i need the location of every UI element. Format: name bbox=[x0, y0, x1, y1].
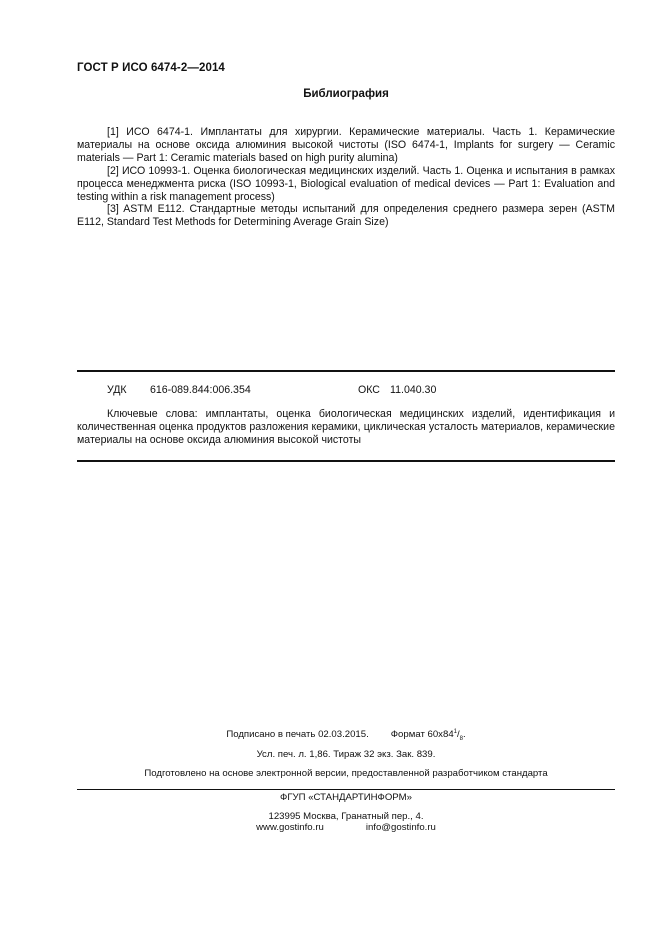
print-info: Усл. печ. л. 1,86. Тираж 32 экз. Зак. 83… bbox=[77, 749, 615, 760]
bibliography-list: [1] ИСО 6474-1. Имплантаты для хирургии.… bbox=[77, 126, 615, 229]
divider-bottom bbox=[77, 460, 615, 462]
udk-value: 616-089.844:006.354 bbox=[150, 384, 251, 396]
bibliography-title: Библиография bbox=[0, 88, 661, 100]
signed-date: Подписано в печать 02.03.2015. bbox=[226, 729, 368, 740]
oks-value: 11.040.30 bbox=[390, 384, 436, 396]
entry-number: [3] bbox=[107, 203, 119, 215]
publisher-contacts: www.gostinfo.ruinfo@gostinfo.ru bbox=[77, 822, 615, 833]
imprint-signed-line: Подписано в печать 02.03.2015.Формат 60x… bbox=[77, 729, 615, 742]
document-code: ГОСТ Р ИСО 6474-2—2014 bbox=[77, 62, 225, 74]
oks-label: ОКС bbox=[358, 384, 380, 396]
format-end: . bbox=[463, 729, 466, 740]
divider-imprint bbox=[77, 789, 615, 790]
format-label: Формат 60x84 bbox=[391, 729, 454, 740]
entry-text: ИСО 6474-1. Имплантаты для хирургии. Кер… bbox=[77, 126, 615, 164]
website-link[interactable]: www.gostinfo.ru bbox=[256, 822, 324, 833]
keywords-block: Ключевые слова: имплантаты, оценка биоло… bbox=[77, 408, 615, 447]
entry-text: ASTM E112. Стандартные методы испытаний … bbox=[77, 203, 615, 228]
bibliography-entry: [3] ASTM E112. Стандартные методы испыта… bbox=[77, 203, 615, 229]
bibliography-entry: [1] ИСО 6474-1. Имплантаты для хирургии.… bbox=[77, 126, 615, 165]
udk-label: УДК bbox=[107, 384, 127, 396]
publisher-address: 123995 Москва, Гранатный пер., 4. bbox=[77, 811, 615, 822]
bibliography-entry: [2] ИСО 10993-1. Оценка биологическая ме… bbox=[77, 165, 615, 204]
email-link[interactable]: info@gostinfo.ru bbox=[366, 822, 436, 833]
prepared-note: Подготовлено на основе электронной верси… bbox=[77, 768, 615, 779]
format-numerator: 1 bbox=[454, 729, 457, 735]
keywords-label: Ключевые слова: bbox=[107, 408, 198, 420]
entry-text: ИСО 10993-1. Оценка биологическая медици… bbox=[77, 165, 615, 203]
publisher-name: ФГУП «СТАНДАРТИНФОРМ» bbox=[77, 792, 615, 803]
divider-top bbox=[77, 370, 615, 372]
keywords-paragraph: Ключевые слова: имплантаты, оценка биоло… bbox=[77, 408, 615, 447]
entry-number: [2] bbox=[107, 165, 119, 177]
entry-number: [1] bbox=[107, 126, 119, 138]
